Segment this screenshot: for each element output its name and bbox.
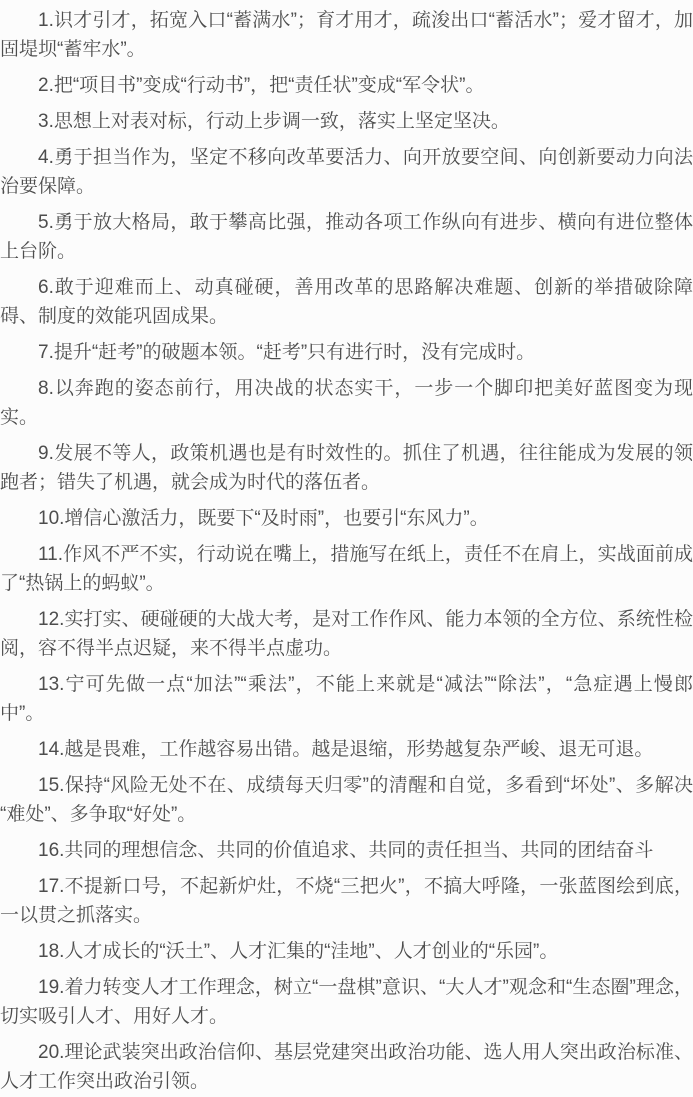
paragraph-list: 1.识才引才，拓宽入口“蓄满水”；育才用才，疏浚出口“蓄活水”；爱才留才，加固堤… <box>0 6 693 1096</box>
paragraph: 5.勇于放大格局，敢于攀高比强，推动各项工作纵向有进步、横向有进位整体上台阶。 <box>0 208 693 266</box>
paragraph: 9.发展不等人，政策机遇也是有时效性的。抓住了机遇，往往能成为发展的领跑者；错失… <box>0 439 693 497</box>
paragraph: 2.把“项目书”变成“行动书”，把“责任状”变成“军令状”。 <box>0 71 693 100</box>
paragraph: 7.提升“赶考”的破题本领。“赶考”只有进行时，没有完成时。 <box>0 338 693 367</box>
document-body: 1.识才引才，拓宽入口“蓄满水”；育才用才，疏浚出口“蓄活水”；爱才留才，加固堤… <box>0 0 693 1097</box>
paragraph: 1.识才引才，拓宽入口“蓄满水”；育才用才，疏浚出口“蓄活水”；爱才留才，加固堤… <box>0 6 693 64</box>
paragraph: 19.着力转变人才工作理念，树立“一盘棋”意识、“大人才”观念和“生态圈”理念，… <box>0 973 693 1031</box>
paragraph: 15.保持“风险无处不在、成绩每天归零”的清醒和自觉，多看到“坏处”、多解决“难… <box>0 771 693 829</box>
paragraph: 4.勇于担当作为，坚定不移向改革要活力、向开放要空间、向创新要动力向法治要保障。 <box>0 143 693 201</box>
paragraph: 10.增信心激活力，既要下“及时雨”，也要引“东风力”。 <box>0 504 693 533</box>
paragraph: 6.敢于迎难而上、动真碰硬，善用改革的思路解决难题、创新的举措破除障碍、制度的效… <box>0 273 693 331</box>
paragraph: 20.理论武装突出政治信仰、基层党建突出政治功能、选人用人突出政治标准、人才工作… <box>0 1038 693 1096</box>
paragraph: 14.越是畏难，工作越容易出错。越是退缩，形势越复杂严峻、退无可退。 <box>0 735 693 764</box>
paragraph: 12.实打实、硬碰硬的大战大考，是对工作作风、能力本领的全方位、系统性检阅，容不… <box>0 605 693 663</box>
paragraph: 3.思想上对表对标，行动上步调一致，落实上坚定坚决。 <box>0 107 693 136</box>
paragraph: 13.宁可先做一点“加法”“乘法”，不能上来就是“减法”“除法”，“急症遇上慢郎… <box>0 670 693 728</box>
paragraph: 11.作风不严不实，行动说在嘴上，措施写在纸上，责任不在肩上，实战面前成了“热锅… <box>0 540 693 598</box>
paragraph: 16.共同的理想信念、共同的价值追求、共同的责任担当、共同的团结奋斗 <box>0 836 693 865</box>
paragraph: 18.人才成长的“沃土”、人才汇集的“洼地”、人才创业的“乐园”。 <box>0 937 693 966</box>
paragraph: 8.以奔跑的姿态前行，用决战的状态实干，一步一个脚印把美好蓝图变为现实。 <box>0 374 693 432</box>
paragraph: 17.不提新口号，不起新炉灶，不烧“三把火”，不搞大呼隆，一张蓝图绘到底，一以贯… <box>0 872 693 930</box>
